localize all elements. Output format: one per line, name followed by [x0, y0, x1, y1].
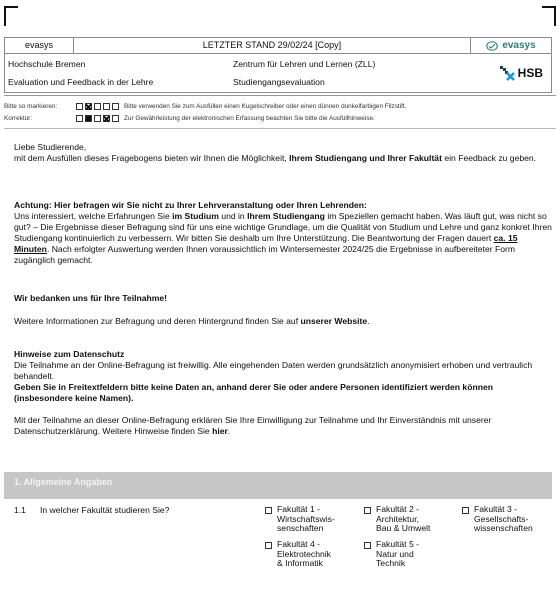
- example-empty-box: [112, 115, 119, 122]
- institution-name: Hochschule Bremen: [8, 59, 85, 69]
- checkbox[interactable]: [364, 507, 371, 514]
- text: und in: [219, 211, 247, 221]
- system-name: evasys: [5, 38, 74, 53]
- faculty-option-4[interactable]: Fakultät 4 -Elektrotechnik& Informatik: [265, 540, 331, 569]
- divider: [4, 95, 556, 96]
- survey-type: Studiengangsevaluation: [233, 77, 325, 87]
- correction-instruction-text: Zur Gewährleistung der elektronischen Er…: [124, 115, 375, 122]
- faculty-option-5[interactable]: Fakultät 5 -Natur undTechnik: [364, 540, 419, 569]
- thanks-block: Wir bedanken uns für Ihre Teilnahme!: [14, 293, 554, 304]
- privacy-heading: Hinweise zum Datenschutz: [14, 349, 124, 359]
- text: . Nach erfolgter Auswertung werden Ihnen…: [14, 244, 515, 265]
- marking-instructions: Bitte so markieren: Bitte verwenden Sie …: [4, 100, 406, 124]
- divider: [4, 128, 556, 129]
- consent-text: Mit der Teilnahme an dieser Online-Befra…: [14, 415, 491, 436]
- checkbox[interactable]: [462, 507, 469, 514]
- evasys-logo-text: evasys: [502, 38, 535, 53]
- example-filled-box: [85, 115, 92, 122]
- intro-text: ein Feedback zu geben.: [442, 153, 536, 163]
- option-label: wissenschaften: [474, 524, 533, 534]
- intro-paragraph: mit dem Ausfüllen dieses Fragebogens bie…: [14, 153, 554, 164]
- checkbox[interactable]: [265, 507, 272, 514]
- info-text: Weitere Informationen zur Befragung und …: [14, 316, 300, 326]
- option-label: senschaften: [277, 524, 335, 534]
- evasys-logo-icon: [486, 41, 498, 51]
- mark-label: Bitte so markieren:: [4, 103, 76, 110]
- example-empty-box: [94, 103, 101, 110]
- scan-corner-mark-top-left: [4, 6, 18, 26]
- option-label: Technik: [376, 559, 419, 569]
- hsb-logo-icon: [499, 65, 515, 81]
- question-number: 1.1: [14, 505, 26, 515]
- mark-instruction-text: Bitte verwenden Sie zum Ausfüllen einen …: [124, 103, 406, 110]
- checkbox[interactable]: [364, 542, 371, 549]
- privacy-warning: Geben Sie in Freitextfeldern bitte keine…: [14, 382, 493, 403]
- emphasis: im Studium: [172, 211, 219, 221]
- consent-block: Mit der Teilnahme an dieser Online-Befra…: [14, 415, 554, 437]
- attention-paragraph: Uns interessiert, welche Erfahrungen Sie…: [14, 211, 554, 266]
- intro-greeting-block: Liebe Studierende, mit dem Ausfüllen die…: [14, 142, 554, 164]
- evasys-logo: evasys: [471, 38, 551, 53]
- form-header: evasys LETZTER STAND 29/02/24 [Copy] eva…: [4, 37, 552, 93]
- hsb-logo: HSB: [499, 65, 543, 81]
- example-empty-box: [103, 103, 110, 110]
- privacy-link[interactable]: hier: [212, 426, 228, 436]
- example-empty-box: [76, 115, 83, 122]
- info-block: Weitere Informationen zur Befragung und …: [14, 316, 554, 327]
- example-empty-box: [112, 103, 119, 110]
- intro-text: mit dem Ausfüllen dieses Fragebogens bie…: [14, 153, 289, 163]
- question-text: In welcher Fakultät studieren Sie?: [40, 505, 169, 515]
- example-empty-box: [76, 103, 83, 110]
- center-name: Zentrum für Lehren und Lernen (ZLL): [233, 59, 375, 69]
- attention-block: Achtung: Hier befragen wir Sie nicht zu …: [14, 200, 554, 266]
- intro-emphasis: Ihrem Studiengang und Ihrer Fakultät: [289, 153, 442, 163]
- faculty-option-2[interactable]: Fakultät 2 -Architektur,Bau & Umwelt: [364, 505, 430, 534]
- greeting: Liebe Studierende,: [14, 142, 554, 153]
- emphasis: Ihrem Studiengang: [247, 211, 325, 221]
- example-crossed-box: [103, 115, 110, 122]
- option-label: Bau & Umwelt: [376, 524, 430, 534]
- department-name: Evaluation und Feedback in der Lehre: [8, 77, 153, 87]
- scan-corner-mark-top-right: [542, 6, 556, 26]
- hsb-logo-text: HSB: [518, 66, 543, 80]
- status-title: LETZTER STAND 29/02/24 [Copy]: [74, 38, 471, 53]
- info-text: .: [367, 316, 369, 326]
- thanks-text: Wir bedanken uns für Ihre Teilnahme!: [14, 293, 167, 303]
- consent-text: .: [228, 426, 230, 436]
- privacy-text: Die Teilnahme an der Online-Befragung is…: [14, 360, 554, 382]
- attention-heading: Achtung: Hier befragen wir Sie nicht zu …: [14, 200, 367, 210]
- privacy-block: Hinweise zum Datenschutz Die Teilnahme a…: [14, 349, 554, 404]
- section-header: 1. Allgemeine Angaben: [4, 472, 552, 499]
- text: Uns interessiert, welche Erfahrungen Sie: [14, 211, 172, 221]
- example-crossed-box: [85, 103, 92, 110]
- example-empty-box: [94, 115, 101, 122]
- option-label: & Informatik: [277, 559, 331, 569]
- website-link[interactable]: unserer Website: [300, 316, 367, 326]
- faculty-option-3[interactable]: Fakultät 3 -Gesellschafts-wissenschaften: [462, 505, 533, 534]
- checkbox[interactable]: [265, 542, 272, 549]
- faculty-option-1[interactable]: Fakultät 1 -Wirtschaftswis-senschaften: [265, 505, 335, 534]
- correction-label: Korrektur:: [4, 115, 76, 122]
